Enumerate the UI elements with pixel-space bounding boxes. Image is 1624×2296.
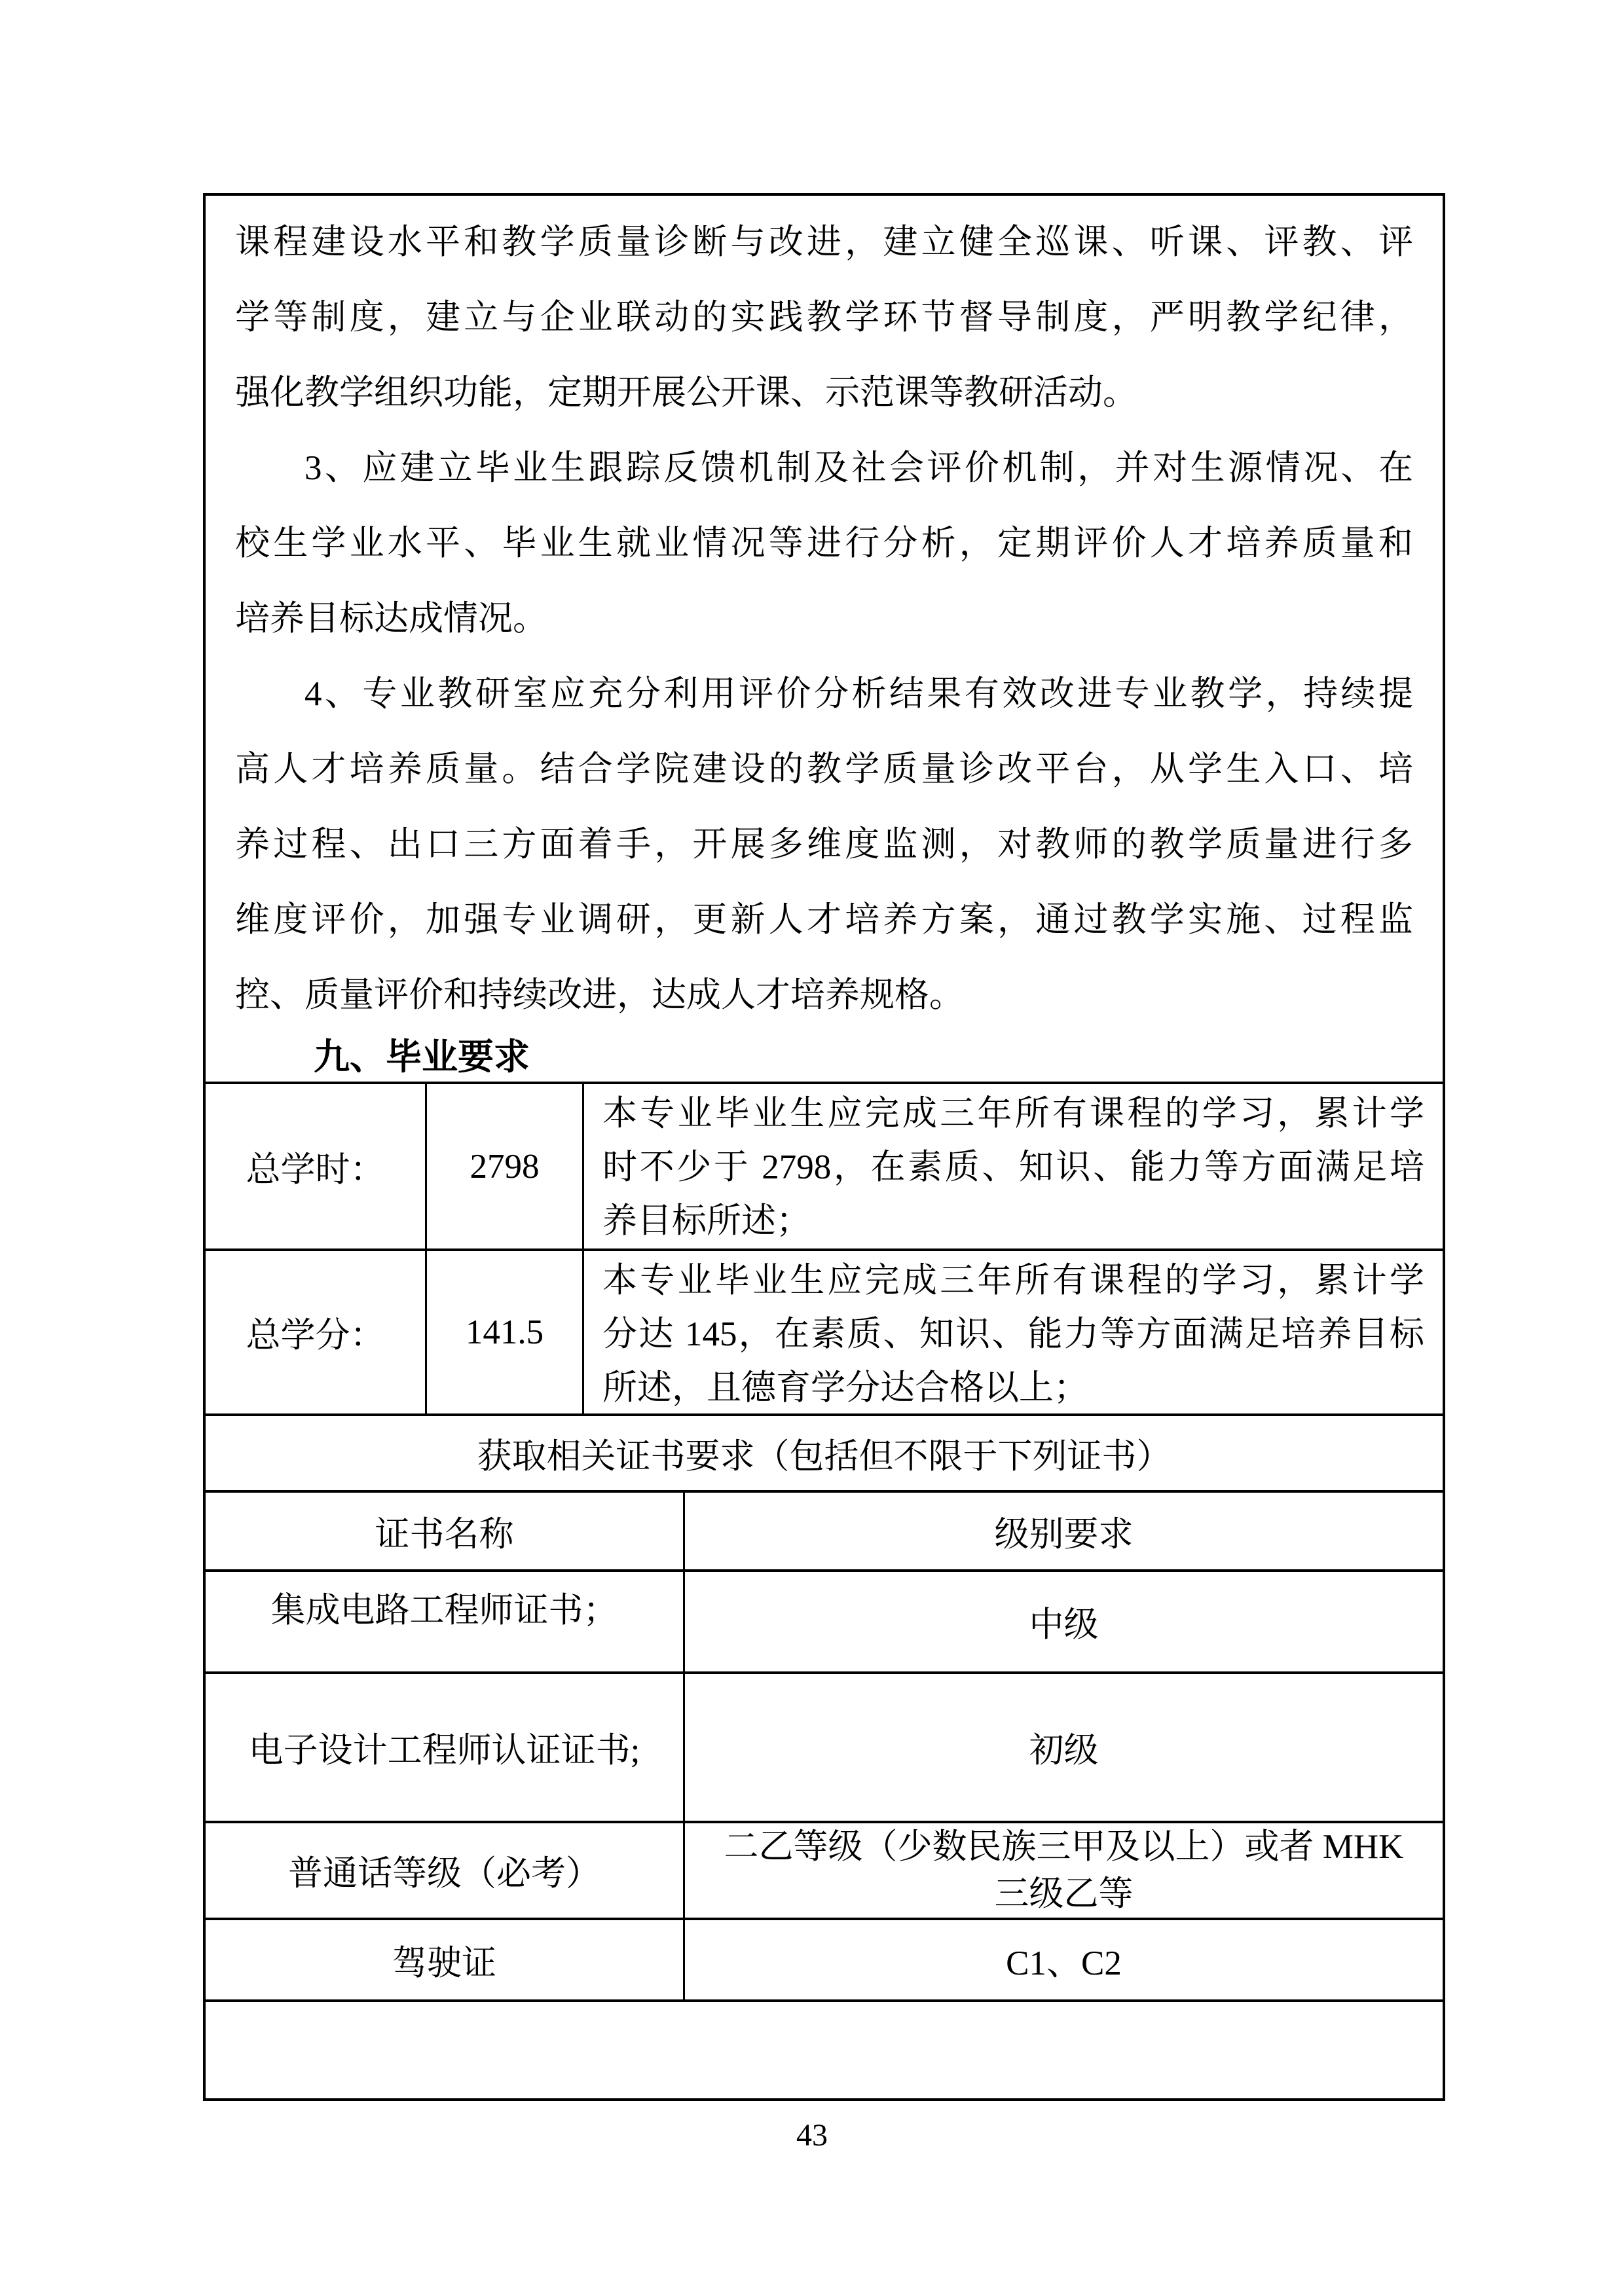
description-line: 本专业毕业生应完成三年所有课程的学习，累计学: [602, 1254, 1424, 1307]
cert-name-header: 证书名称: [206, 1493, 685, 1569]
paragraph-cell: 课程建设水平和教学质量诊断与改进，建立健全巡课、听课、评教、评 学等制度，建立与…: [206, 196, 1443, 1082]
table-row-empty: [206, 1999, 1443, 2098]
cert-banner-text: 获取相关证书要求（包括但不限于下列证书）: [206, 1416, 1443, 1490]
cert-name: 驾驶证: [206, 1920, 685, 1999]
table-row-cert-ic-engineer: 集成电路工程师证书； 中级: [206, 1569, 1443, 1671]
paragraph-line: 培养目标达成情况。: [235, 581, 1413, 657]
paragraph-line: 控、质量评价和持续改进，达成人才培养规格。: [235, 958, 1413, 1033]
paragraph-line: 4、专业教研室应充分利用评价分析结果有效改进专业教学，持续提: [235, 657, 1413, 732]
total-credits-description: 本专业毕业生应完成三年所有课程的学习，累计学 分达 145，在素质、知识、能力等…: [584, 1251, 1443, 1413]
paragraph-line: 强化教学组织功能，定期开展公开课、示范课等教研活动。: [235, 355, 1413, 431]
description-line: 所述，且德育学分达合格以上；: [602, 1361, 1424, 1415]
paragraph-line: 高人才培养质量。结合学院建设的教学质量诊改平台，从学生入口、培: [235, 732, 1413, 807]
page-number: 43: [0, 2116, 1624, 2155]
empty-cell: [206, 2002, 1443, 2098]
table-row-cert-driver-license: 驾驶证 C1、C2: [206, 1918, 1443, 1999]
table-row-total-credits: 总学分： 141.5 本专业毕业生应完成三年所有课程的学习，累计学 分达 145…: [206, 1248, 1443, 1413]
total-credits-label: 总学分：: [206, 1251, 427, 1413]
table-row-cert-putonghua: 普通话等级（必考） 二乙等级（少数民族三甲及以上）或者 MHK 三级乙等: [206, 1821, 1443, 1918]
description-line: 养目标所述；: [602, 1194, 1424, 1248]
cert-name: 普通话等级（必考）: [206, 1823, 685, 1918]
cert-level: 中级: [685, 1572, 1443, 1671]
total-credits-value: 141.5: [427, 1251, 584, 1413]
paragraph-line: 维度评价，加强专业调研，更新人才培养方案，通过教学实施、过程监: [235, 883, 1413, 958]
cert-level-header: 级别要求: [685, 1493, 1443, 1569]
document-page: 课程建设水平和教学质量诊断与改进，建立健全巡课、听课、评教、评 学等制度，建立与…: [0, 0, 1624, 2296]
section-heading: 九、毕业要求: [314, 1033, 1413, 1082]
content-table: 课程建设水平和教学质量诊断与改进，建立健全巡课、听课、评教、评 学等制度，建立与…: [203, 193, 1445, 2101]
table-row-total-hours: 总学时： 2798 本专业毕业生应完成三年所有课程的学习，累计学 时不少于 27…: [206, 1082, 1443, 1248]
cert-level-line: 二乙等级（少数民族三甲及以上）或者 MHK: [724, 1823, 1404, 1870]
cert-level: 初级: [685, 1674, 1443, 1821]
cert-level: 二乙等级（少数民族三甲及以上）或者 MHK 三级乙等: [685, 1823, 1443, 1918]
total-hours-description: 本专业毕业生应完成三年所有课程的学习，累计学 时不少于 2798，在素质、知识、…: [584, 1084, 1443, 1248]
description-line: 本专业毕业生应完成三年所有课程的学习，累计学: [602, 1087, 1424, 1140]
paragraph-line: 课程建设水平和教学质量诊断与改进，建立健全巡课、听课、评教、评: [235, 205, 1413, 280]
paragraph-line: 学等制度，建立与企业联动的实践教学环节督导制度，严明教学纪律，: [235, 280, 1413, 355]
paragraph-line: 养过程、出口三方面着手，开展多维度监测，对教师的教学质量进行多: [235, 807, 1413, 883]
total-hours-value: 2798: [427, 1084, 584, 1248]
total-hours-label: 总学时：: [206, 1084, 427, 1248]
cert-name: 集成电路工程师证书；: [206, 1572, 685, 1671]
cert-name: 电子设计工程师认证证书;: [206, 1674, 685, 1821]
table-row-cert-eda-engineer: 电子设计工程师认证证书; 初级: [206, 1671, 1443, 1821]
description-line: 时不少于 2798，在素质、知识、能力等方面满足培: [602, 1140, 1424, 1194]
paragraph-line: 校生学业水平、毕业生就业情况等进行分析，定期评价人才培养质量和: [235, 506, 1413, 581]
cert-level: C1、C2: [685, 1920, 1443, 1999]
table-row-cert-header: 证书名称 级别要求: [206, 1490, 1443, 1569]
paragraph-line: 3、应建立毕业生跟踪反馈机制及社会评价机制，并对生源情况、在: [235, 431, 1413, 506]
table-row-cert-banner: 获取相关证书要求（包括但不限于下列证书）: [206, 1413, 1443, 1490]
description-line: 分达 145，在素质、知识、能力等方面满足培养目标: [602, 1307, 1424, 1361]
cert-level-line: 三级乙等: [995, 1870, 1134, 1918]
